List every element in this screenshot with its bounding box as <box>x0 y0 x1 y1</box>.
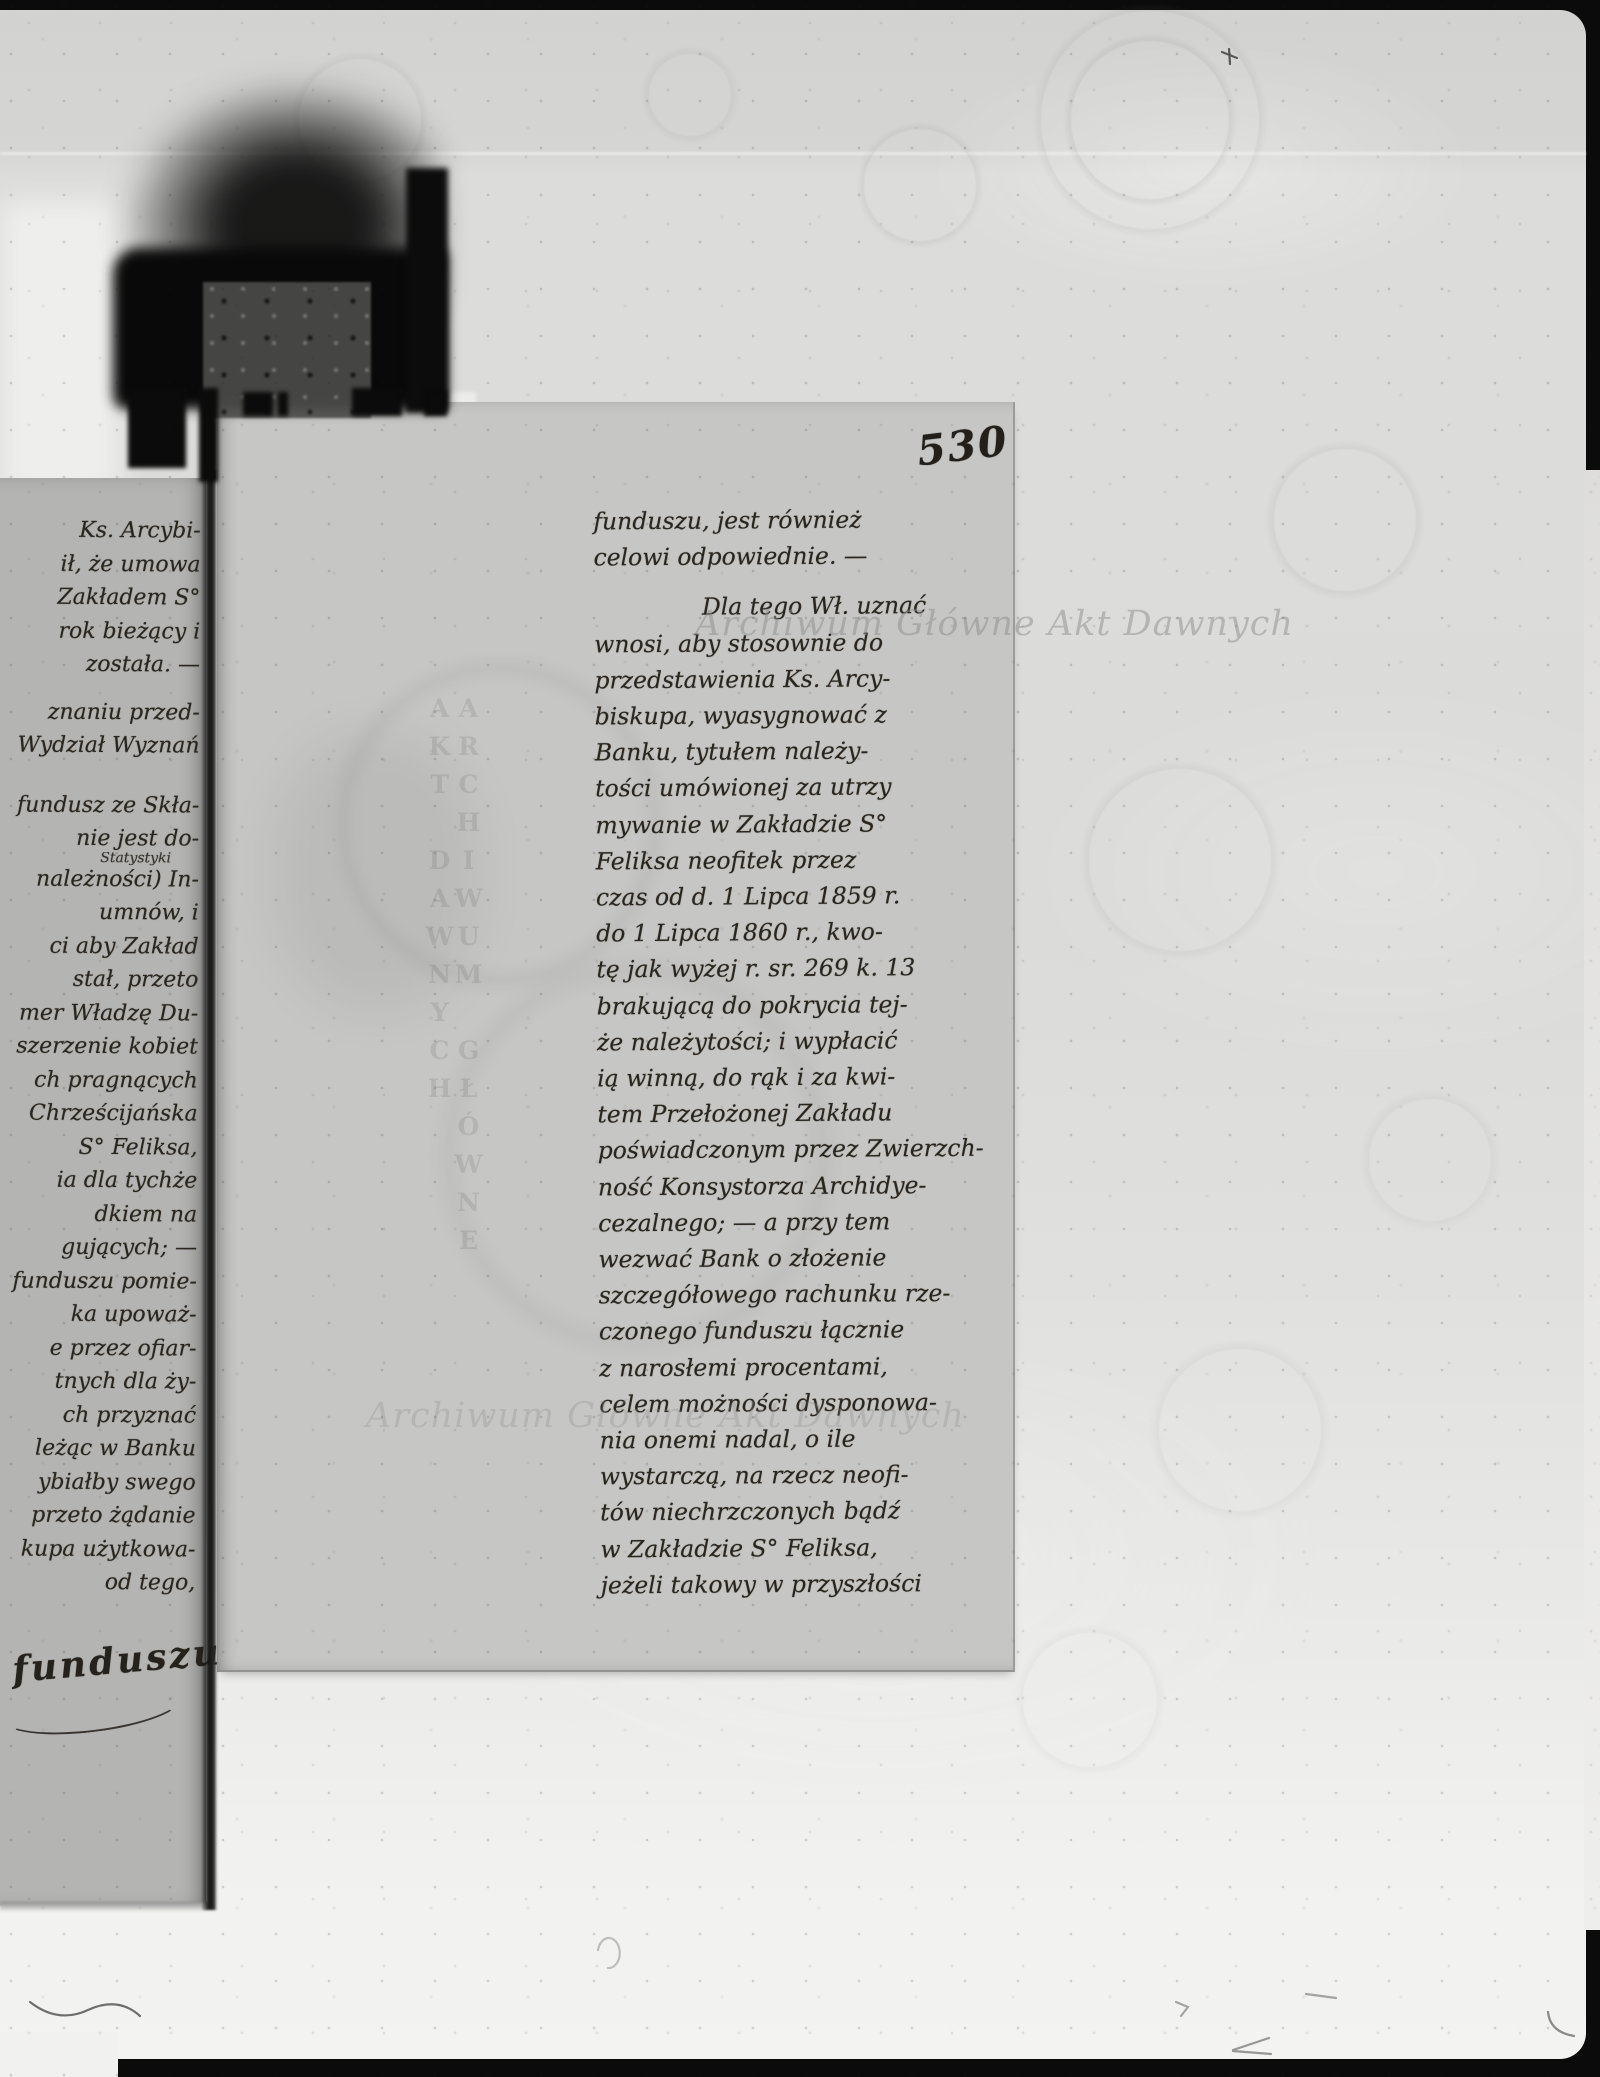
archival-scan: Ks. Arcybi-ił, że umowaZakładem S°rok bi… <box>0 0 1600 2077</box>
manuscript-line: Banku, tytułem należy- <box>595 732 1003 771</box>
manuscript-line: czonego funduszu łącznie <box>599 1311 1007 1350</box>
manuscript-line: poświadczonym przez Zwierzch- <box>598 1130 1006 1169</box>
manuscript-line: ch pragnących <box>2 1063 198 1098</box>
manuscript-line: mywanie w Zakładzie S° <box>595 804 1003 843</box>
left-page-fragment: Ks. Arcybi-ił, że umowaZakładem S°rok bi… <box>0 478 206 1906</box>
manuscript-line: Statystyki <box>3 851 171 865</box>
clamp-foot <box>199 388 218 482</box>
archive-watermark: Archiwum Główne Akt Dawnych <box>366 1396 965 1436</box>
manuscript-line: umnów, i <box>3 895 199 930</box>
manuscript-line: Feliksa neofitek przez <box>596 840 1004 879</box>
left-page-bottom-edge <box>0 1902 208 1911</box>
manuscript-line: biskupa, wyasygnować z <box>595 696 1003 735</box>
page-number: 530 <box>914 417 1011 476</box>
manuscript-line: szerzenie kobiet <box>2 1029 198 1064</box>
manuscript-line: Chrześcijańska <box>2 1096 198 1131</box>
manuscript-line: S° Feliksa, <box>1 1130 197 1165</box>
clamp-foot <box>128 388 186 468</box>
manuscript-line: kupa użytkowa- <box>0 1532 196 1567</box>
clamp-foot <box>278 392 288 416</box>
manuscript-line: ią winną, do rąk i za kwi- <box>597 1058 1005 1097</box>
manuscript-line: jeżeli takowy w przyszłości <box>601 1564 1009 1603</box>
main-manuscript-page: ARCHIWUM GŁÓWNE AKT DAWNYCH 530 funduszu… <box>217 402 1015 1672</box>
left-page-text: Ks. Arcybi-ił, że umowaZakładem S°rok bi… <box>0 513 201 1600</box>
clamp-foot <box>352 388 402 416</box>
manuscript-line: funduszu pomie- <box>1 1264 197 1299</box>
manuscript-line: dkiem na <box>1 1197 197 1232</box>
manuscript-line: stał, przeto <box>2 962 198 997</box>
binding-clamp-edge <box>406 168 448 412</box>
manuscript-line: czas od d. 1 Lipca 1859 r. <box>596 877 1004 916</box>
manuscript-line: rok bieżący i <box>4 614 200 649</box>
archive-watermark: Archiwum Główne Akt Dawnych <box>695 604 1294 644</box>
manuscript-line: w Zakładzie S° Feliksa, <box>600 1528 1008 1567</box>
manuscript-line: szczegółowego rachunku rze- <box>599 1275 1007 1314</box>
manuscript-line: należności) In- <box>3 862 199 897</box>
manuscript-line: brakującą do pokrycia tej- <box>597 985 1005 1024</box>
manuscript-line: z narosłemi procentami, <box>599 1347 1007 1386</box>
manuscript-line: ia dla tychże <box>1 1163 197 1198</box>
manuscript-line: że należytości; i wypłacić <box>597 1021 1005 1060</box>
manuscript-line: celowi odpowiednie. — <box>593 537 1001 576</box>
manuscript-line: ch przyznać <box>0 1398 196 1433</box>
manuscript-line: tów niechrzczonych bądź <box>600 1492 1008 1531</box>
embossed-watermark-vertical: ARCHIWUM GŁÓWNE AKT DAWNYCH <box>425 694 483 1274</box>
manuscript-line: leżąc w Banku <box>0 1431 196 1466</box>
manuscript-line: do 1 Lipca 1860 r., kwo- <box>596 913 1004 952</box>
manuscript-line: Wydział Wyznań <box>4 728 200 763</box>
main-page-text: funduszu, jest równieżcelowi odpowiednie… <box>593 501 1009 1604</box>
manuscript-line: znaniu przed- <box>4 695 200 730</box>
manuscript-line: od tego, <box>0 1565 195 1600</box>
manuscript-line: cezalnego; — a przy tem <box>598 1202 1006 1241</box>
clamp-foot <box>243 392 273 416</box>
binding-gutter-shadow <box>202 470 217 1910</box>
manuscript-line: została. — <box>4 647 200 682</box>
clamp-foot <box>424 390 447 416</box>
manuscript-line: tnych dla ży- <box>0 1364 196 1399</box>
manuscript-line: fundusz ze Skła- <box>3 788 199 823</box>
manuscript-line: ka upoważ- <box>1 1297 197 1332</box>
manuscript-line: przedstawienia Ks. Arcy- <box>594 659 1002 698</box>
manuscript-line: wezwać Bank o złożenie <box>598 1239 1006 1278</box>
manuscript-line: tem Przełożonej Zakładu <box>597 1094 1005 1133</box>
manuscript-line: gujących; — <box>1 1230 197 1265</box>
manuscript-line: przeto żądanie <box>0 1498 196 1533</box>
manuscript-line: ci aby Zakład <box>2 929 198 964</box>
right-edge-light <box>1584 470 1600 1930</box>
manuscript-line: Zakładem S° <box>4 580 200 615</box>
manuscript-line: ił, że umowa <box>4 547 200 582</box>
signature-flourish-word: funduszu <box>11 1631 224 1691</box>
manuscript-line: ność Konsystorza Archidye- <box>598 1166 1006 1205</box>
manuscript-line: tę jak wyżej r. sr. 269 k. 13 <box>596 949 1004 988</box>
frame-gap-bottom-left <box>0 2032 118 2077</box>
manuscript-line: tości umówionej za utrzy <box>595 768 1003 807</box>
background-highlight <box>0 200 120 500</box>
manuscript-line: e przez ofiar- <box>0 1331 196 1366</box>
manuscript-line: ybiałby swego <box>0 1465 196 1500</box>
manuscript-line: wystarczą, na rzecz neofi- <box>600 1456 1008 1495</box>
manuscript-line: funduszu, jest również <box>593 501 1001 540</box>
manuscript-line: mer Władzę Du- <box>2 996 198 1031</box>
manuscript-line: Ks. Arcybi- <box>5 513 201 548</box>
